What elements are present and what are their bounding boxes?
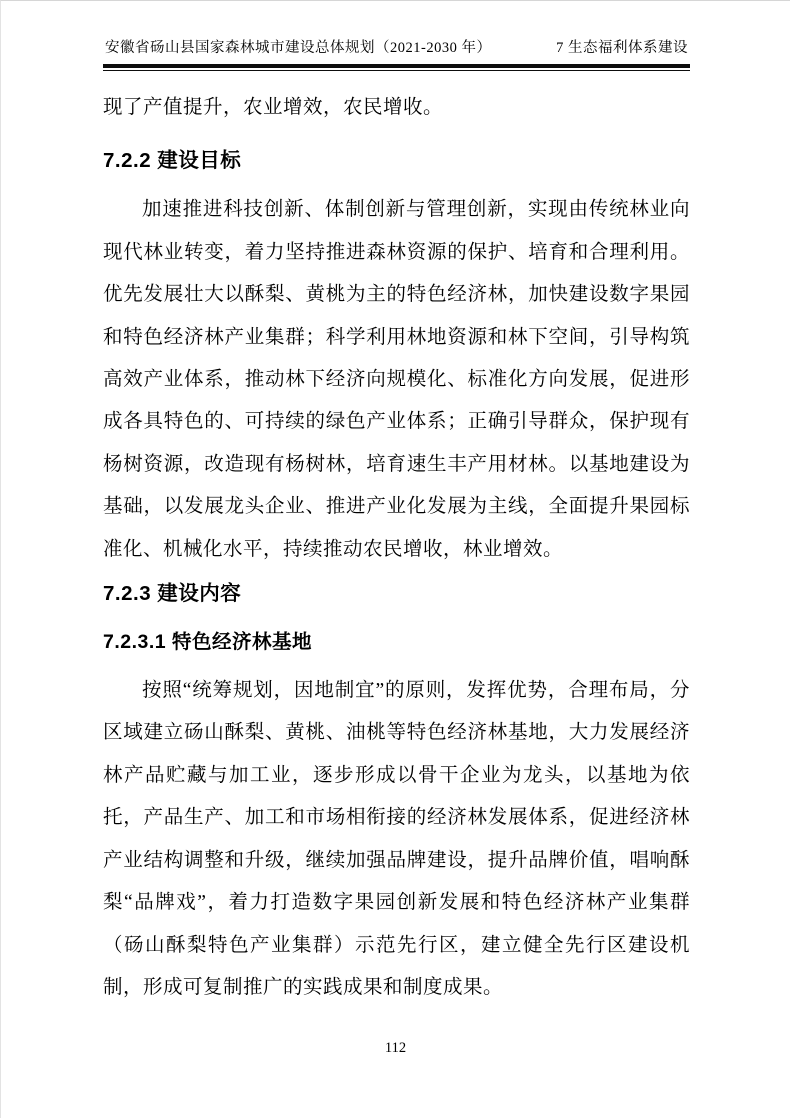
body-paragraph-content: 按照“统筹规划，因地制宜”的原则，发挥优势，合理布局，分区域建立砀山酥梨、黄桃、… xyxy=(103,670,690,1009)
subsection-heading-7-2-3-1: 7.2.3.1 特色经济林基地 xyxy=(103,627,690,657)
paragraph-continuation: 现了产值提升，农业增效，农民增收。 xyxy=(103,87,690,129)
section-heading-7-2-3: 7.2.3 建设内容 xyxy=(103,579,690,609)
body-paragraph-goals: 加速推进科技创新、体制创新与管理创新，实现由传统林业向现代林业转变，着力坚持推进… xyxy=(103,189,690,571)
header-chapter-title: 7 生态福利体系建设 xyxy=(556,39,688,57)
document-page: 安徽省砀山县国家森林城市建设总体规划（2021-2030 年） 7 生态福利体系… xyxy=(0,0,790,1118)
header-rule-thin xyxy=(103,70,690,71)
header-rule-thick xyxy=(103,64,690,68)
page-number: 112 xyxy=(1,1039,790,1057)
header-document-title: 安徽省砀山县国家森林城市建设总体规划（2021-2030 年） xyxy=(105,39,491,57)
page-header: 安徽省砀山县国家森林城市建设总体规划（2021-2030 年） 7 生态福利体系… xyxy=(103,39,690,64)
section-heading-7-2-2: 7.2.2 建设目标 xyxy=(103,146,690,176)
document-body: 现了产值提升，农业增效，农民增收。 7.2.2 建设目标 加速推进科技创新、体制… xyxy=(103,87,690,1009)
